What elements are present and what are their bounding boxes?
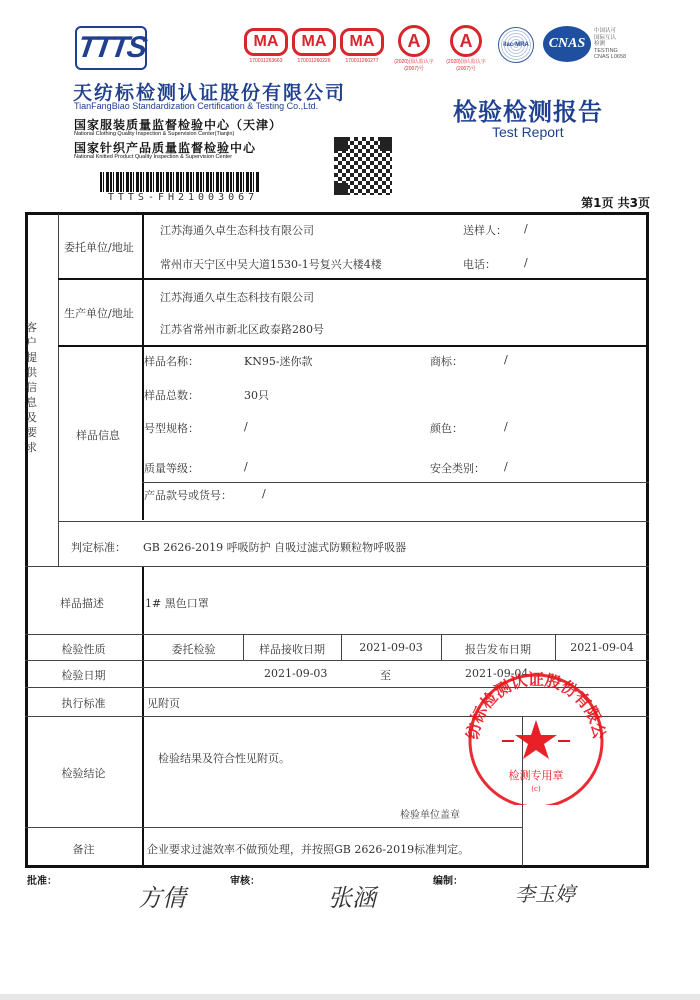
inspection-type-value: 委托检验 [144,641,243,657]
barcode-number: TTTS-FH21003067 [98,192,268,203]
review-signature: 张涵 [328,878,376,913]
receive-date-label: 样品接收日期 [243,641,341,657]
divider [25,827,522,828]
divider [522,717,523,866]
safety-category-value: / [504,460,508,473]
qr-code-icon [333,136,393,196]
inspection-date-from: 2021-09-03 [264,667,327,680]
sample-name-value: KN95-迷你款 [244,353,313,369]
cma-mark: MA [302,33,327,51]
issue-date-value: 2021-09-04 [555,641,649,654]
inspection-date-to-label: 至 [380,667,391,683]
approve-label: 批准： [27,872,57,887]
producer-name: 江苏海通久卓生态科技有限公司 [160,289,314,305]
divider [25,634,649,635]
barcode-icon [100,172,260,192]
sample-desc-value: 1# 黑色口罩 [145,595,209,611]
producer-label: 生产单位/地址 [64,305,134,321]
size-spec-value: / [244,420,248,433]
cma-number-1: 170011263663 [241,58,291,64]
sender-label: 送样人： [463,222,507,238]
exec-standard-value: 见附页 [147,695,180,711]
exec-standard-label: 执行标准 [25,695,142,711]
review-label: 审核： [230,872,260,887]
quality-grade-label: 质量等级： [144,460,199,476]
divider [142,482,649,483]
knitted-center-en: National Knitted Product Quality Inspect… [74,154,232,160]
phone-label: 电话： [463,256,496,272]
ilac-label: ilac-MRA [503,42,529,48]
quality-grade-value: / [244,460,248,473]
divider [58,278,649,280]
divider [25,566,649,567]
color-label: 颜色： [430,420,463,436]
cma-mark: MA [254,33,279,51]
prepare-signature: 李玉婷 [515,878,575,907]
cal-badge-icon-1: A [398,25,430,57]
clothing-center-en: National Clothing Quality Inspection & S… [74,131,234,137]
logo-text: TTTS [75,31,147,65]
cal-number-1: (2020)国认监认字(2007)号 [389,58,439,72]
sample-name-label: 样品名称： [144,353,199,369]
conclusion-label: 检验结论 [25,765,142,781]
product-code-label: 产品款号或货号： [144,487,232,503]
cma-badge-1: MA [244,28,288,56]
client-label: 委托单位/地址 [64,239,134,255]
receive-date-value: 2021-09-03 [341,641,441,654]
sample-count-value: 30只 [244,387,269,403]
product-code-value: / [262,487,266,500]
cnas-side-text: 中国认可 国际互认 检测 TESTING CNAS L0658 [594,28,626,61]
divider [58,521,649,522]
issue-date-label: 报告发布日期 [441,641,555,657]
remarks-value: 企业要求过滤效率不做预处理，并按照GB 2626-2019标准判定。 [147,841,469,857]
sample-count-label: 样品总数： [144,387,199,403]
cma-number-3: 170011260277 [337,58,387,64]
phone-value: / [524,256,528,269]
conclusion-value: 检验结果及符合性见附页。 [158,750,290,766]
cnas-label: CNAS [549,36,586,52]
size-spec-label: 号型规格： [144,420,199,436]
color-value: / [504,420,508,433]
inspection-date-label: 检验日期 [25,667,142,683]
client-info-label: 客户提供信息及要求 [26,320,38,455]
divider [25,687,649,688]
sample-info-label: 样品信息 [76,427,120,443]
client-name: 江苏海通久卓生态科技有限公司 [160,222,314,238]
cma-badge-3: MA [340,28,384,56]
sample-desc-label: 样品描述 [60,595,104,611]
remarks-label: 备注 [25,841,142,857]
report-subtitle: Test Report [492,124,564,140]
client-address: 常州市天宁区中吴大道1530-1号复兴大楼4楼 [160,256,382,272]
cma-badge-2: MA [292,28,336,56]
safety-category-label: 安全类别： [430,460,485,476]
seal-note: 检验单位盖章 [400,806,460,821]
sender-value: / [524,222,528,235]
ilac-mra-icon: ilac-MRA [498,27,534,63]
cal-number-2: (2020)国认监认字(2007)号 [441,58,491,72]
ttts-logo: TTTS [75,26,147,70]
cnas-line: CNAS L0658 [594,54,626,61]
cma-number-2: 170011260226 [289,58,339,64]
cma-mark: MA [350,33,375,51]
company-name-en: TianFangBiao Standardization Certificati… [74,101,318,111]
page-indicator: 第1页 共3页 [581,194,650,211]
trademark-label: 商标： [430,353,463,369]
divider [58,345,649,347]
report-title: 检验检测报告 [453,92,603,127]
divider [25,716,649,717]
standard-label: 判定标准： [71,539,126,555]
bottom-bar [0,994,700,1000]
cnas-logo-icon: CNAS [543,26,591,62]
standard-value: GB 2626-2019 呼吸防护 自吸过滤式防颗粒物呼吸器 [143,539,406,555]
trademark-value: / [504,353,508,366]
cal-badge-icon-2: A [450,25,482,57]
inspection-date-to: 2021-09-04 [465,667,528,680]
prepare-label: 编制： [433,872,463,887]
approve-signature: 方倩 [138,878,186,913]
producer-address: 江苏省常州市新北区政泰路280号 [160,321,324,337]
inspection-type-label: 检验性质 [25,641,142,657]
divider [58,214,59,566]
divider [25,660,649,661]
